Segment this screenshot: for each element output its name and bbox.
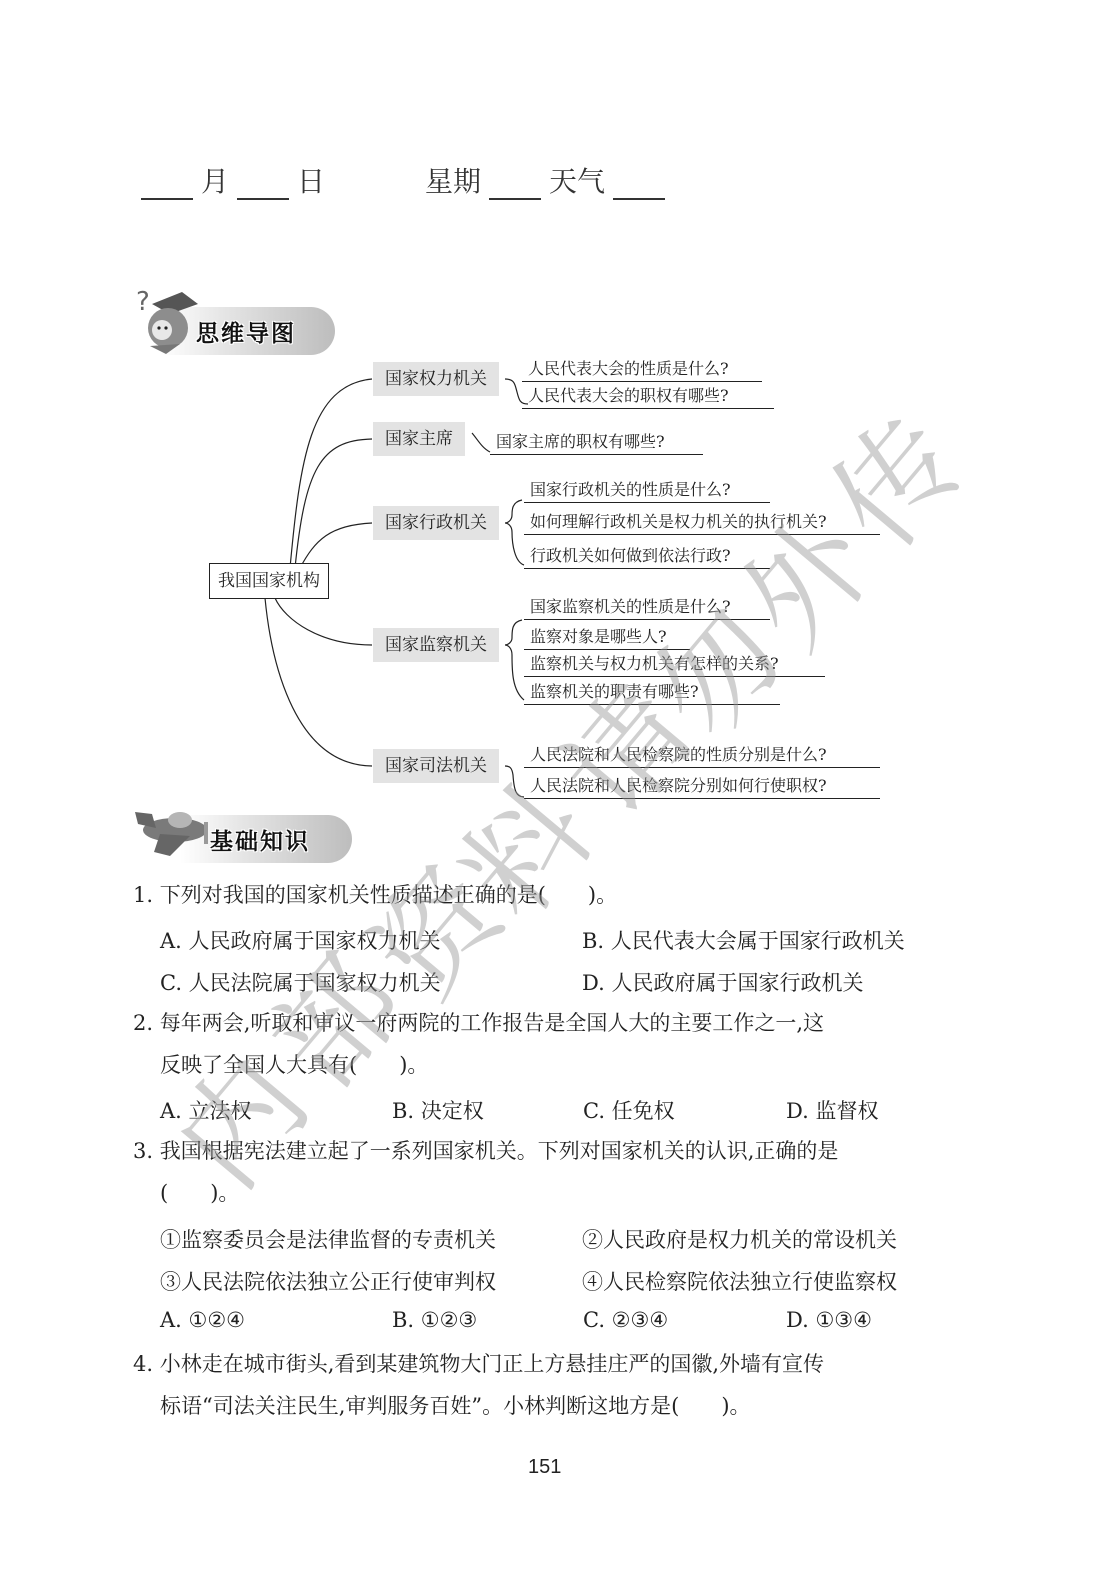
branch-state-president: 国家主席	[373, 422, 465, 456]
branch-administrative-organs: 国家行政机关	[373, 506, 499, 540]
basics-section-header: 基础知识	[130, 800, 360, 870]
q1-option-a[interactable]: A. 人民政府属于国家权力机关	[160, 925, 441, 955]
question-3-stem-line1: 3. 我国根据宪法建立起了一系列国家机关。下列对国家机关的认识,正确的是	[133, 1130, 838, 1172]
mindmap-root: 我国国家机构	[209, 563, 329, 599]
q3-option-c[interactable]: C. ②③④	[583, 1308, 668, 1332]
branch-supervisory-organs: 国家监察机关	[373, 628, 499, 662]
question-4-stem-line2: 标语“司法关注民生,审判服务百姓”。小林判断这地方是( )。	[160, 1385, 751, 1427]
question-4-stem-line1: 4. 小林走在城市街头,看到某建筑物大门正上方悬挂庄严的国徽,外墙有宣传	[133, 1343, 824, 1385]
leaf-question: 人民法院和人民检察院分别如何行使职权?	[524, 773, 880, 799]
q1-option-b[interactable]: B. 人民代表大会属于国家行政机关	[582, 925, 905, 955]
branch-label: 国家主席	[385, 429, 453, 449]
q1-option-c[interactable]: C. 人民法院属于国家权力机关	[160, 967, 441, 997]
q2-option-a[interactable]: A. 立法权	[160, 1095, 252, 1125]
leaf-question: 如何理解行政机关是权力机关的执行机关?	[524, 509, 880, 535]
airplane-icon	[130, 800, 220, 860]
q2-option-b[interactable]: B. 决定权	[392, 1095, 484, 1125]
q1-option-d[interactable]: D. 人民政府属于国家行政机关	[582, 967, 863, 997]
q3-statement-2: ②人民政府是权力机关的常设机关	[582, 1224, 897, 1254]
leaf-question: 国家行政机关的性质是什么?	[524, 477, 770, 503]
q3-option-a[interactable]: A. ①②④	[160, 1308, 245, 1332]
branch-judicial-organs: 国家司法机关	[373, 749, 499, 783]
mindmap-root-label: 我国国家机构	[218, 571, 320, 591]
question-2-stem-line1: 2. 每年两会,听取和审议一府两院的工作报告是全国人大的主要工作之一,这	[133, 1002, 824, 1044]
leaf-question: 人民法院和人民检察院的性质分别是什么?	[524, 742, 880, 768]
leaf-question: 监察对象是哪些人?	[524, 624, 690, 650]
q2-option-c[interactable]: C. 任免权	[583, 1095, 675, 1125]
leaf-question: 国家主席的职权有哪些?	[490, 429, 703, 455]
leaf-question: 监察机关的职责有哪些?	[524, 679, 780, 705]
question-3-stem-line2: ( )。	[160, 1172, 239, 1214]
leaf-question: 人民代表大会的职权有哪些?	[522, 383, 774, 409]
branch-label: 国家司法机关	[385, 756, 487, 776]
branch-label: 国家监察机关	[385, 635, 487, 655]
q3-statement-1: ①监察委员会是法律监督的专责机关	[160, 1224, 496, 1254]
leaf-question: 国家监察机关的性质是什么?	[524, 594, 770, 620]
question-2-stem-line2: 反映了全国人大具有( )。	[160, 1044, 428, 1086]
basics-title: 基础知识	[210, 823, 310, 856]
page-number: 151	[528, 1456, 561, 1479]
branch-state-power-organs: 国家权力机关	[373, 362, 499, 396]
branch-label: 国家行政机关	[385, 513, 487, 533]
q3-option-b[interactable]: B. ①②③	[392, 1308, 477, 1332]
q3-statement-4: ④人民检察院依法独立行使监察权	[582, 1266, 897, 1296]
leaf-question: 行政机关如何做到依法行政?	[524, 543, 770, 569]
branch-label: 国家权力机关	[385, 369, 487, 389]
q3-option-d[interactable]: D. ①③④	[786, 1308, 872, 1332]
leaf-question: 人民代表大会的性质是什么?	[522, 356, 762, 382]
leaf-question: 监察机关与权力机关有怎样的关系?	[524, 651, 825, 677]
q2-option-d[interactable]: D. 监督权	[786, 1095, 878, 1125]
q3-statement-3: ③人民法院依法独立公正行使审判权	[160, 1266, 496, 1296]
question-1-stem: 1. 下列对我国的国家机关性质描述正确的是( )。	[133, 874, 617, 916]
